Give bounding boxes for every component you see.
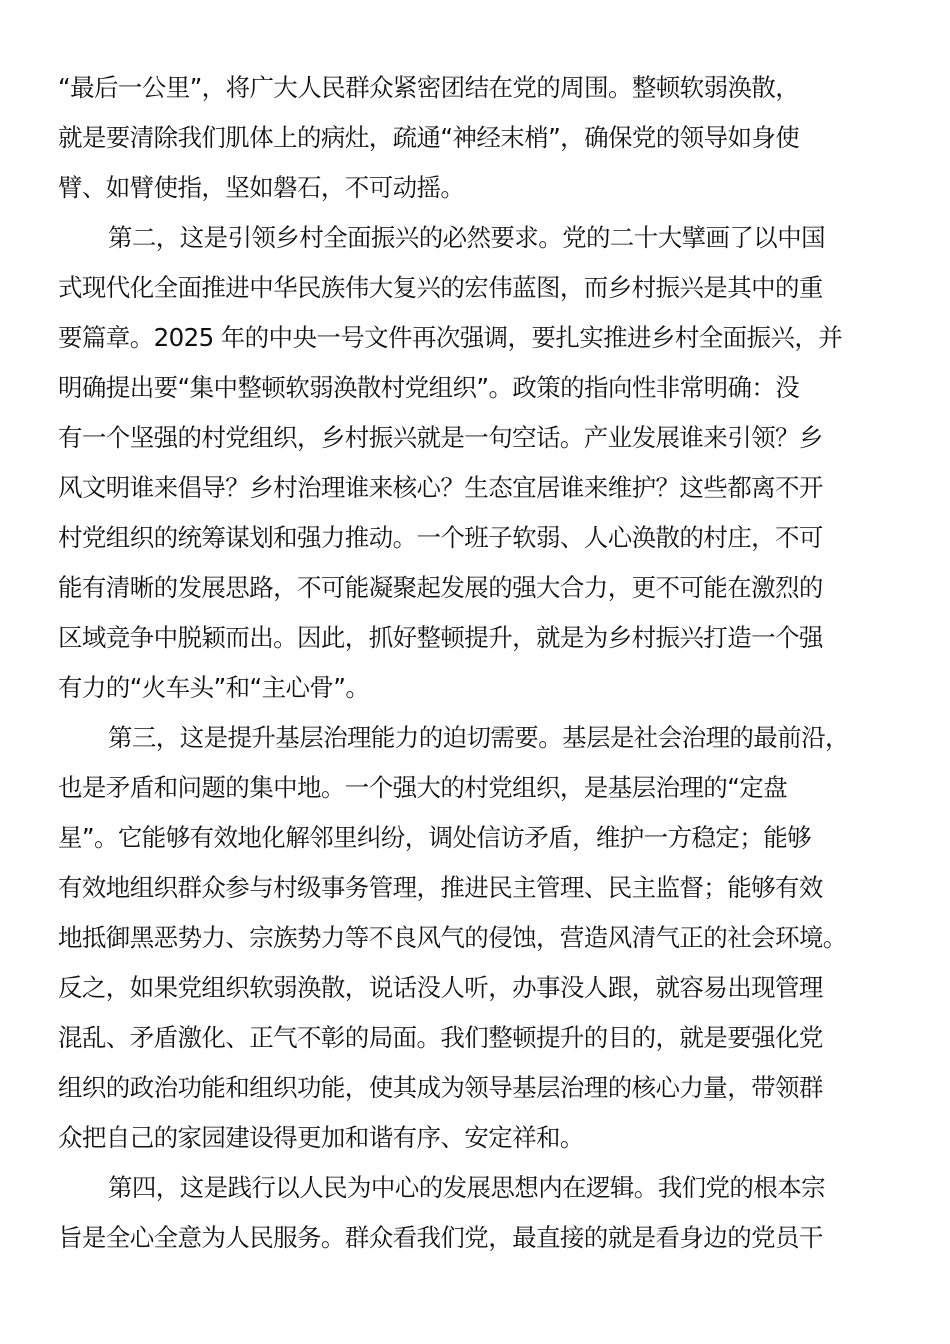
text-line: 要篇章。2025 年的中央一号文件再次强调，要扎实推进乡村全面振兴，并 xyxy=(58,313,888,363)
paragraph-start-line: 第三，这是提升基层治理能力的迫切需要。基层是社会治理的最前沿， xyxy=(58,713,888,763)
text-line: 有效地组织群众参与村级事务管理，推进民主管理、民主监督；能够有效 xyxy=(58,863,888,913)
text-line: 组织的政治功能和组织功能，使其成为领导基层治理的核心力量，带领群 xyxy=(58,1063,888,1113)
text-line: 臂、如臂使指，坚如磐石，不可动摇。 xyxy=(58,163,888,213)
document-page: “最后一公里”，将广大人民群众紧密团结在党的周围。整顿软弱涣散， 就是要清除我们… xyxy=(58,63,888,1263)
text-line: 就是要清除我们肌体上的病灶，疏通“神经末梢”，确保党的领导如身使 xyxy=(58,113,888,163)
text-line: 星”。它能够有效地化解邻里纠纷，调处信访矛盾，维护一方稳定；能够 xyxy=(58,813,888,863)
text-line: “最后一公里”，将广大人民群众紧密团结在党的周围。整顿软弱涣散， xyxy=(58,63,888,113)
text-line: 旨是全心全意为人民服务。群众看我们党，最直接的就是看身边的党员干 xyxy=(58,1213,888,1263)
text-line: 村党组织的统筹谋划和强力推动。一个班子软弱、人心涣散的村庄，不可 xyxy=(58,513,888,563)
text-line: 区域竞争中脱颖而出。因此，抓好整顿提升，就是为乡村振兴打造一个强 xyxy=(58,613,888,663)
paragraph-start-line: 第二，这是引领乡村全面振兴的必然要求。党的二十大擘画了以中国 xyxy=(58,213,888,263)
text-line: 反之，如果党组织软弱涣散，说话没人听，办事没人跟，就容易出现管理 xyxy=(58,963,888,1013)
text-line: 能有清晰的发展思路，不可能凝聚起发展的强大合力，更不可能在激烈的 xyxy=(58,563,888,613)
text-line: 混乱、矛盾激化、正气不彰的局面。我们整顿提升的目的，就是要强化党 xyxy=(58,1013,888,1063)
text-line: 也是矛盾和问题的集中地。一个强大的村党组织，是基层治理的“定盘 xyxy=(58,763,888,813)
text-line: 式现代化全面推进中华民族伟大复兴的宏伟蓝图，而乡村振兴是其中的重 xyxy=(58,263,888,313)
text-line: 地抵御黑恶势力、宗族势力等不良风气的侵蚀，营造风清气正的社会环境。 xyxy=(58,913,888,963)
text-line: 有一个坚强的村党组织，乡村振兴就是一句空话。产业发展谁来引领？乡 xyxy=(58,413,888,463)
text-line: 明确提出要“集中整顿软弱涣散村党组织”。政策的指向性非常明确：没 xyxy=(58,363,888,413)
text-line: 有力的“火车头”和“主心骨”。 xyxy=(58,663,888,713)
paragraph-start-line: 第四，这是践行以人民为中心的发展思想内在逻辑。我们党的根本宗 xyxy=(58,1163,888,1213)
text-line: 风文明谁来倡导？乡村治理谁来核心？生态宜居谁来维护？这些都离不开 xyxy=(58,463,888,513)
text-line: 众把自己的家园建设得更加和谐有序、安定祥和。 xyxy=(58,1113,888,1163)
